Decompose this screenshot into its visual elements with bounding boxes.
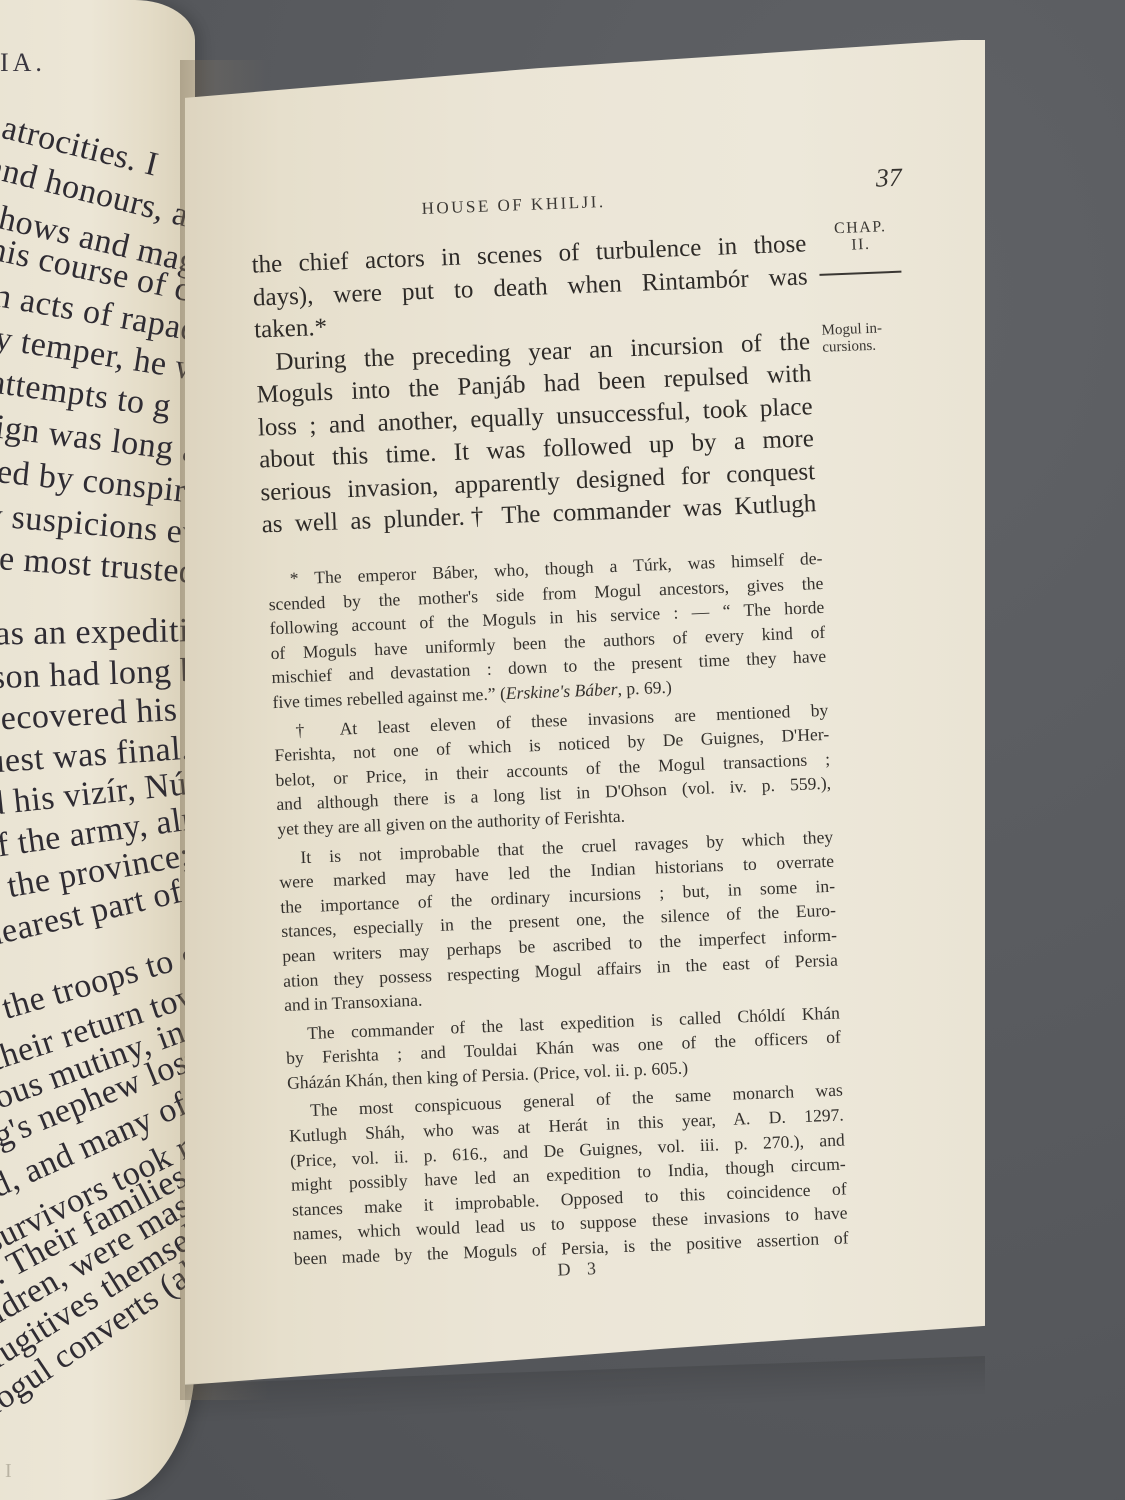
body-text: the chief actors in scenes of turbulence…	[251, 228, 817, 542]
margin-chapter-label: CHAP. II.	[822, 218, 898, 255]
left-signature-fragment: I	[5, 1460, 12, 1483]
margin-note-line: cursions.	[822, 337, 903, 357]
page-number: 37	[875, 163, 902, 194]
left-page-line: was an expedition	[0, 612, 195, 654]
citation-title: Erskine's Báber	[505, 679, 617, 703]
left-running-head-fragment: IA.	[0, 48, 46, 78]
footnotes: * The emperor Báber, who, though a Túrk,…	[267, 546, 849, 1271]
right-page-content: HOUSE OF KHILJI. 37 CHAP. II. Mogul in- …	[185, 9, 1036, 1384]
running-head: HOUSE OF KHILJI.	[421, 192, 606, 219]
margin-rule	[819, 271, 901, 276]
margin-note-mogul-incursions: Mogul in- cursions.	[821, 320, 902, 357]
signature-mark: D 3	[557, 1258, 602, 1281]
footnote-text: , p. 69.)	[617, 677, 672, 699]
chapter-label: CHAP.	[822, 218, 898, 238]
left-page: IA. ny atrocities. Iand honours, an show…	[0, 0, 195, 1500]
chapter-number: II.	[823, 235, 899, 255]
right-page: HOUSE OF KHILJI. 37 CHAP. II. Mogul in- …	[185, 40, 985, 1385]
